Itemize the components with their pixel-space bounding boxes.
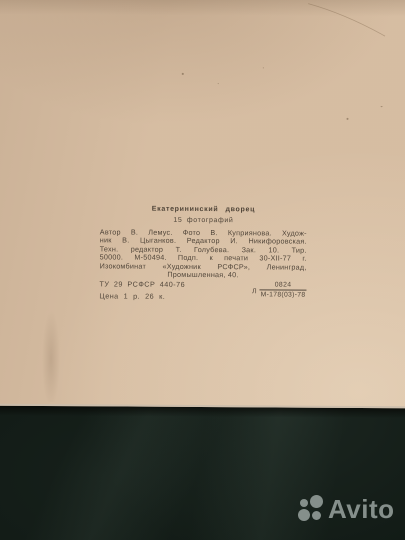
booklet-title: Екатерининский дворец	[100, 204, 307, 214]
imprint-paragraph: Автор В. Лемус. Фото В. Куприянова. Худо…	[100, 228, 307, 280]
photo-scene: Екатерининский дворец 15 фотографий Авто…	[0, 0, 405, 540]
paper-speck	[182, 73, 184, 75]
print-code-denominator: М-178(03)-78	[260, 290, 307, 300]
paper-shading-smudge	[39, 294, 64, 402]
avito-watermark-label: Avito	[328, 494, 395, 524]
colophon-footer: ТУ 29 РСФСР 440-76 Цена 1 р. 26 к. Л 082…	[99, 281, 306, 314]
booklet-back-cover: Екатерининский дворец 15 фотографий Авто…	[0, 0, 405, 408]
avito-watermark: Avito	[297, 494, 395, 524]
print-code: Л 0824 М-178(03)-78	[252, 282, 306, 300]
avito-logo-dot	[300, 499, 308, 507]
paper-speck	[218, 83, 219, 84]
avito-logo-dot	[312, 511, 321, 520]
print-code-numerator: 0824	[263, 282, 304, 290]
paper-speck	[346, 118, 348, 120]
imprint-line-address: Промышленная, 40.	[100, 270, 307, 280]
print-code-prefix: Л	[252, 288, 257, 295]
paper-speck	[263, 67, 264, 68]
crease-line	[0, 0, 405, 56]
avito-logo-icon	[297, 494, 325, 524]
print-code-fraction: 0824 М-178(03)-78	[260, 282, 307, 300]
booklet-subtitle: 15 фотографий	[100, 215, 307, 225]
avito-logo-dot	[298, 509, 310, 521]
colophon-text-block: Екатерининский дворец 15 фотографий Авто…	[99, 204, 307, 314]
paper-speck	[381, 106, 383, 107]
avito-logo-dot	[310, 495, 323, 508]
